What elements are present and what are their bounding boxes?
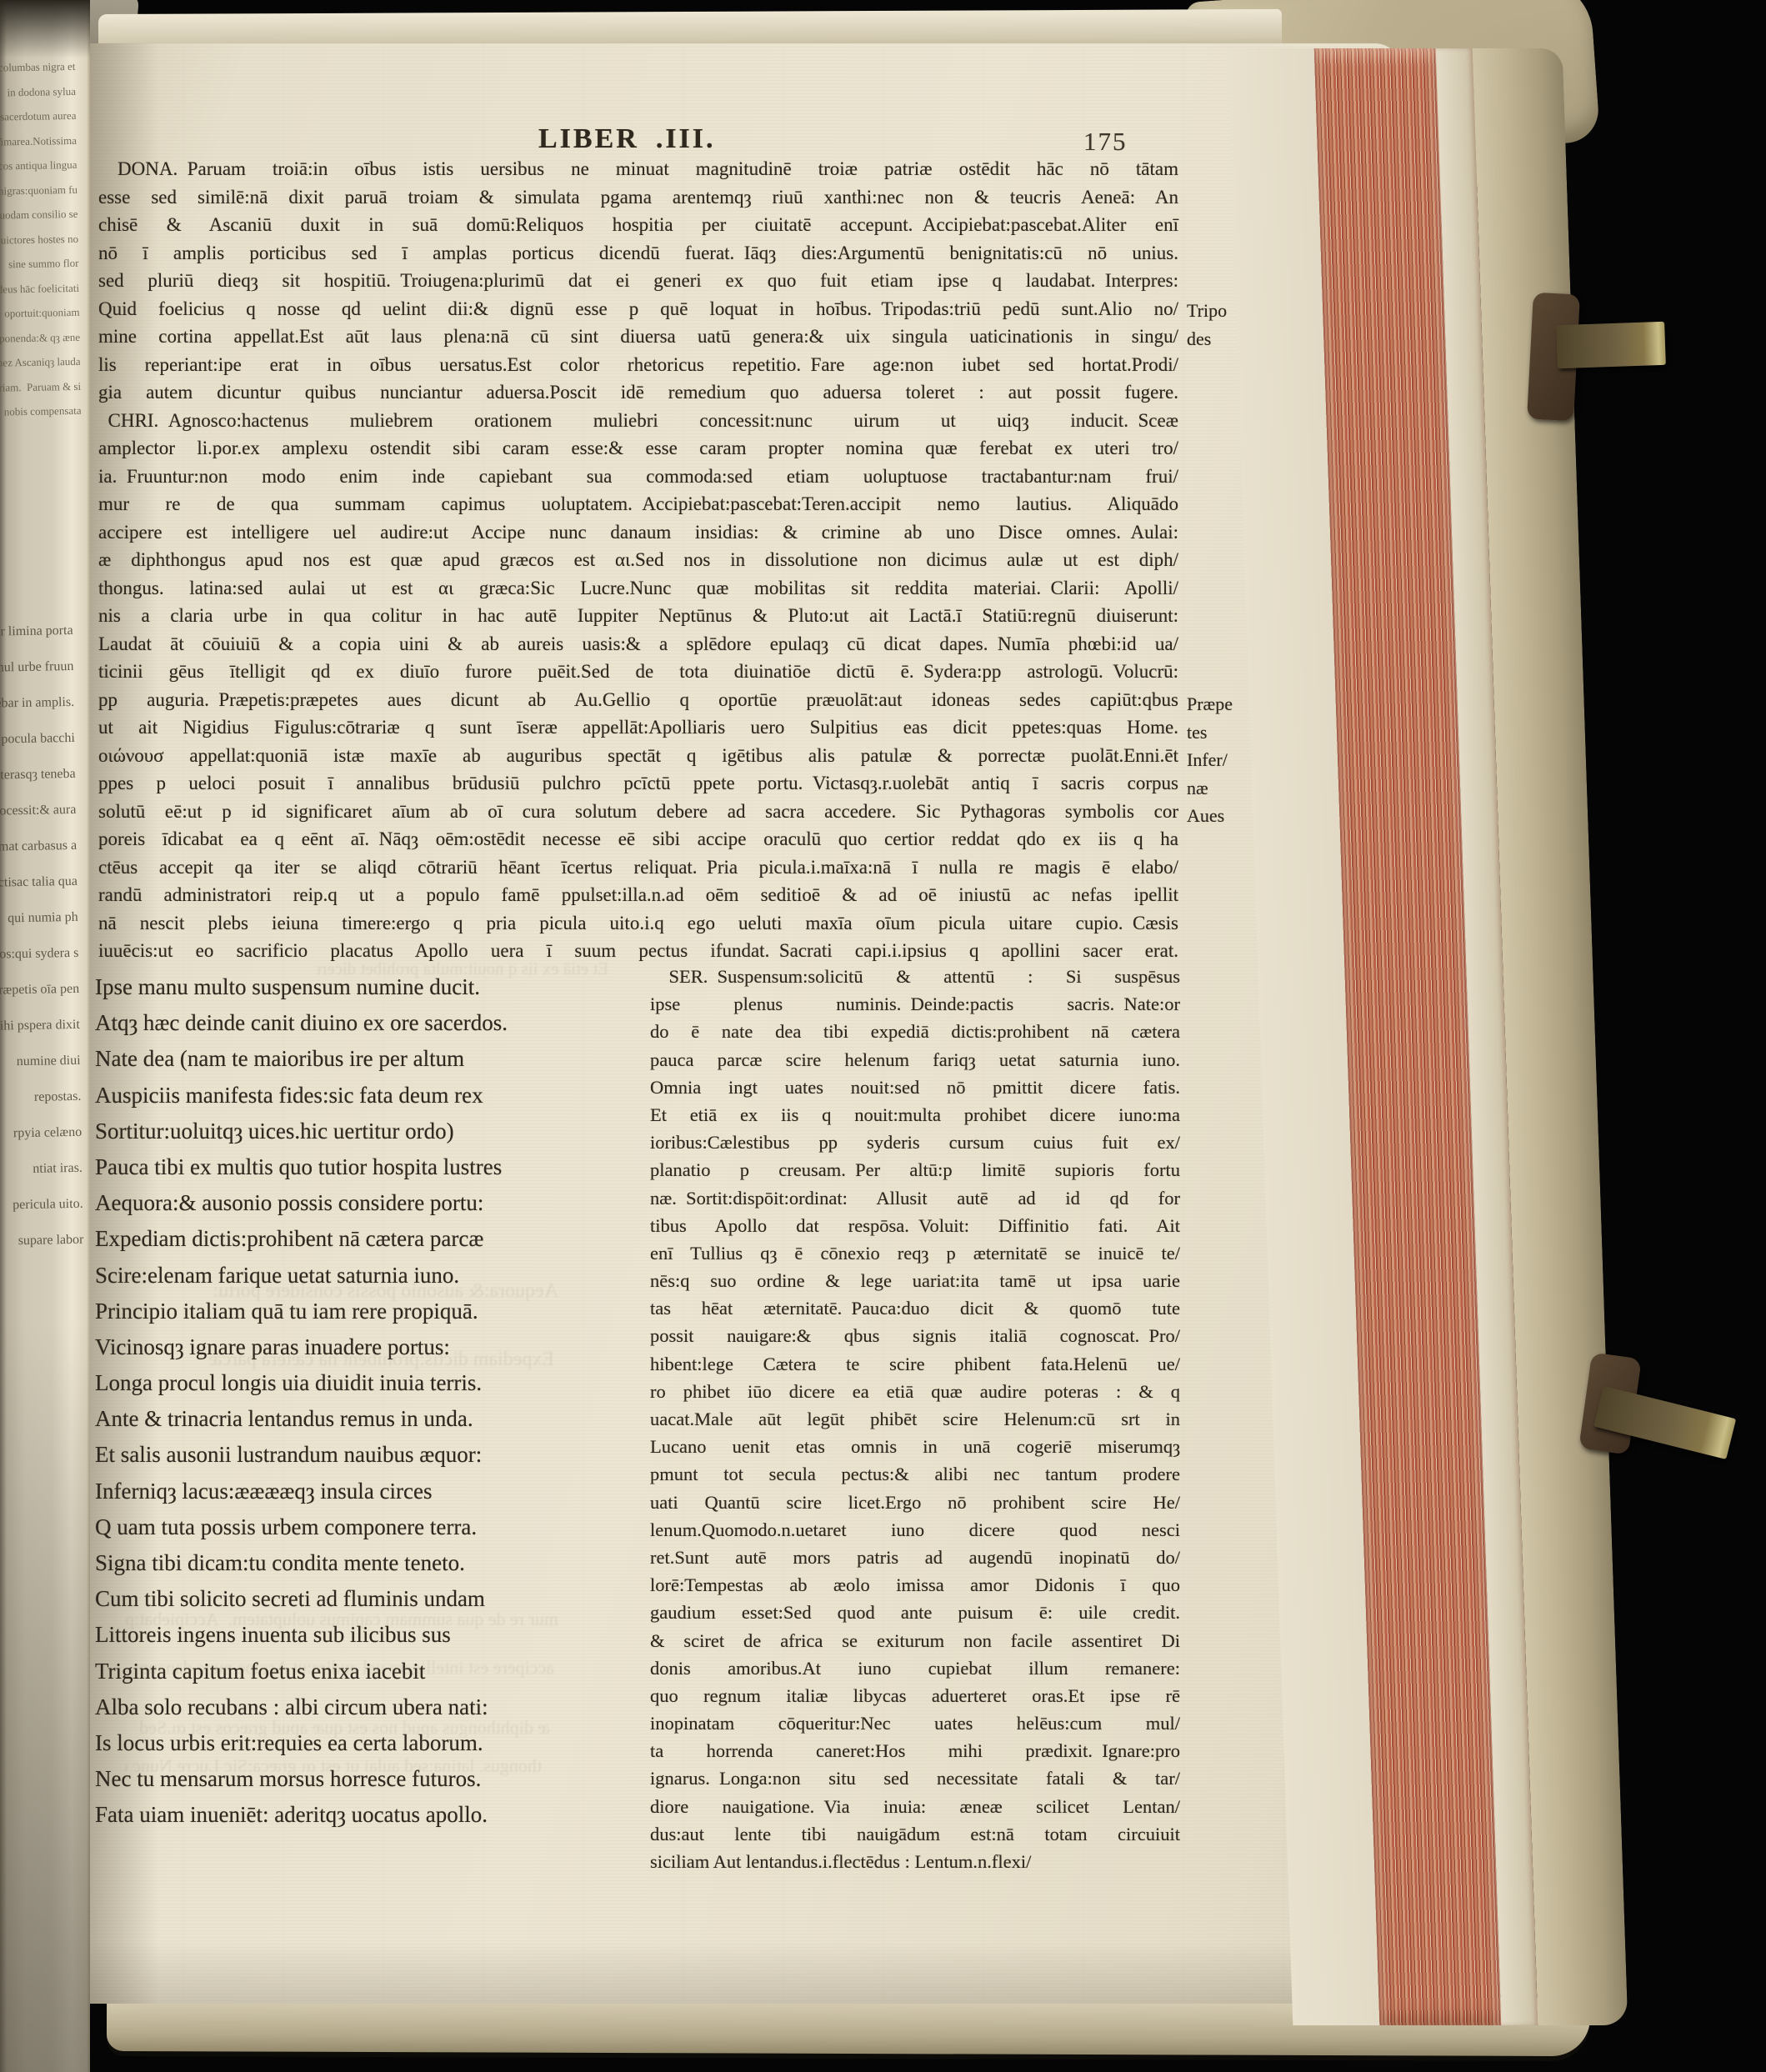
commentary-line: mur re de qua summam capimus uoluptatem.… <box>98 490 1178 518</box>
commentary-line: siciliam Aut lentandus.i.flectēdus : Len… <box>650 1848 1180 1875</box>
verse-line: Aequora:& ausonio possis considere portu… <box>95 1185 635 1221</box>
edge-fragment: repostas. <box>0 1079 82 1116</box>
commentary-line: nō ī amplis porticibus sed ī amplas port… <box>98 239 1178 268</box>
commentary-line: ret.Sunt autē mors patris ad augendū ino… <box>650 1544 1180 1571</box>
commentary-line: diore nauigatione. Via inuia: æneæ scili… <box>650 1793 1180 1820</box>
commentary-line: randū administratori reip.q ut a populo … <box>98 881 1178 909</box>
verse-line: Pauca tibi ex multis quo tutior hospita … <box>95 1149 635 1185</box>
verse-line: Fata uiam inueniēt: aderitqȝ uocatus apo… <box>95 1797 635 1833</box>
verse-line: Expediam dictis:prohibent nā cætera parc… <box>95 1221 635 1257</box>
commentary-line: ppes p ueloci posuit ī annalibus brūdusi… <box>98 769 1178 798</box>
commentary-line: næ. Sortit:dispōit:ordinat: Allusit autē… <box>650 1184 1180 1212</box>
showthrough-line: mur re de qua summam capimus uoluptatem.… <box>125 1609 558 1630</box>
edge-fragment: nigras:quoniam fu <box>0 177 78 203</box>
showthrough-line: accipere est intelligere uel audire:ut A… <box>129 1657 554 1679</box>
showthrough-line: æ diphthongus apud nos est quæ apud græc… <box>133 1717 550 1739</box>
edge-fragment: pocula bacchi <box>0 720 75 758</box>
commentary-line: gaudium esset:Sed quod ante puisum ē: ui… <box>650 1599 1180 1626</box>
edge-fragment: ipiebar in amplis. <box>0 684 74 722</box>
edge-fragment: oportuit:quoniam <box>0 300 80 327</box>
commentary-line: DONA. Paruam troiā:in oībus istis uersib… <box>98 155 1178 183</box>
commentary-right-column: SER. Suspensum:solicitū & attentū : Si s… <box>650 963 1180 1875</box>
edge-fragment: numine diui <box>0 1043 81 1080</box>
commentary-line: οιώνουσ appellat:quoniā istæ maxīe ab au… <box>98 742 1178 770</box>
edge-fragment: uictores hostes no <box>0 226 78 253</box>
verse-column: Ipse manu multo suspensum numine ducit.A… <box>95 969 635 1834</box>
facing-page-verse-fragments: lector limina portaa simul urbe fruunipi… <box>0 613 84 1259</box>
commentary-top-block: DONA. Paruam troiā:in oībus istis uersib… <box>98 155 1178 965</box>
verse-line: Auspiciis manifesta fides:sic fata deum … <box>95 1078 635 1114</box>
verse-line: Nate dea (nam te maioribus ire per altum <box>95 1041 635 1077</box>
edge-fragment: nos:qui sydera s <box>0 935 79 973</box>
commentary-line: do ē nate dea tibi expediā dictis:prohib… <box>650 1018 1180 1045</box>
commentary-line: Et etiā ex iis q nouit:multa prohibet di… <box>650 1101 1180 1129</box>
commentary-line: tas hēat æternitatē. Pauca:duo dicit & q… <box>650 1294 1180 1322</box>
commentary-line: mine cortina appellat.Est aūt laus plena… <box>98 323 1178 351</box>
showthrough-line: Aequora:& ausonio possis considere portu… <box>125 1280 558 1303</box>
edge-fragment: præpetis oīa pen <box>0 971 79 1008</box>
edge-fragment: sine summo flor <box>0 251 79 278</box>
commentary-line: nēs:q suo ordine & lege uariat:ita tamē … <box>650 1267 1180 1294</box>
verse-line: Atqȝ hæc deinde canit diuino ex ore sace… <box>95 1005 635 1041</box>
edge-fragment: riam. Paruam & si <box>0 373 81 400</box>
commentary-line: pauca parcæ scire helenum fariqȝ uetat s… <box>650 1046 1180 1074</box>
book-photograph: columbas nigra etin dodona syluasacerdot… <box>0 0 1766 2072</box>
commentary-line: ro phibet iūo dicere ea etiā quæ audire … <box>650 1378 1180 1405</box>
commentary-line: possit nauigare:& qbus signis italiā cog… <box>650 1322 1180 1349</box>
edge-fragment: mat carbasus a <box>0 828 77 865</box>
verse-line: Sortitur:uoluitqȝ uices.hic uertitur ord… <box>95 1114 635 1149</box>
commentary-line: poreis īdicabat ea q eēnt aī. Nāqȝ oēm:o… <box>98 825 1178 853</box>
commentary-line: & sciret de africa se exiturum non facil… <box>650 1627 1180 1654</box>
edge-fragment: supare labor <box>0 1222 84 1259</box>
commentary-line: Omnia ingt uates nouit:sed nō pmittit di… <box>650 1074 1180 1101</box>
commentary-line: ia. Fruuntur:non modo enim inde capieban… <box>98 463 1178 491</box>
commentary-line: quo regnum italiæ libycas aduerteret ora… <box>650 1682 1180 1709</box>
edge-fragment: ponenda:& qȝ æne <box>0 324 80 351</box>
commentary-line: ctēus accepit qa iter se aliqd cōtrariū … <box>98 853 1178 882</box>
commentary-line: æ diphthongus apud nos est quæ apud græc… <box>98 546 1178 574</box>
commentary-line: donis amoribus.At iuno cupiebat illum re… <box>650 1654 1180 1682</box>
commentary-line: chisē & Ascaniū duxit in suā domū:Reliqu… <box>98 211 1178 239</box>
commentary-line: iuuēcis:ut eo sacrificio placatus Apollo… <box>98 937 1178 965</box>
commentary-line: inopinatam cōqueritur:Nec uates helēus:c… <box>650 1709 1180 1737</box>
commentary-line: thongus. latina:sed aulai ut est αι græc… <box>98 574 1178 603</box>
page-bottom-shadow <box>83 1942 1400 2004</box>
commentary-line: enī Tullius qȝ ē cōnexio reqȝ p æternita… <box>650 1239 1180 1267</box>
edge-fragment: sacerdotum aurea <box>0 103 77 130</box>
facing-page-edge: columbas nigra etin dodona syluasacerdot… <box>0 0 90 2072</box>
commentary-line: solutū eē:ut p id significaret aīum ab o… <box>98 798 1178 826</box>
folio-number: 175 <box>1083 127 1128 157</box>
commentary-line: nā nescit plebs ieiuna timere:ergo q pri… <box>98 909 1178 938</box>
edge-fragment: qui numia ph <box>0 899 78 937</box>
commentary-line: ipse plenus numinis. Deinde:pactis sacri… <box>650 990 1180 1018</box>
commentary-line: lenum.Quomodo.n.uetaret iuno dicere quod… <box>650 1516 1180 1544</box>
edge-fragment: ctisac talia qua <box>0 863 78 901</box>
commentary-line: uacat.Male aūt legūt phibēt scire Helenu… <box>650 1405 1180 1433</box>
commentary-line: pmunt tot secula pectus:& alibi nec tant… <box>650 1460 1180 1488</box>
commentary-line: Lucano uenit etas omnis in unā cogeriē m… <box>650 1433 1180 1460</box>
edge-fragment: græcos antiqua lingua <box>0 153 78 179</box>
commentary-line: sed pluriū dieqȝ sit hospitiū. Troiugena… <box>98 267 1178 295</box>
commentary-line: accipere est intelligere uel audire:ut A… <box>98 518 1178 547</box>
edge-fragment: ntiat iras. <box>0 1150 83 1188</box>
showthrough-line: Et etiā ex iis q nouit:multa prohibet di… <box>317 958 608 979</box>
edge-fragment: lector limina porta <box>0 613 73 650</box>
commentary-line: SER. Suspensum:solicitū & attentū : Si s… <box>650 963 1180 990</box>
edge-fragment: in dodona sylua <box>0 78 76 105</box>
commentary-line: dus:aut lente tibi nauigādum est:nā tota… <box>650 1820 1180 1848</box>
edge-fragment: nez Ascaniqȝ lauda <box>0 349 81 376</box>
commentary-line: ut ait Nigidius Figulus:cōtrariæ q sunt … <box>98 713 1178 742</box>
commentary-line: nis a claria urbe in qua colitur in hac … <box>98 602 1178 630</box>
commentary-line: lis reperiant:ipe erat in oībus uersatus… <box>98 351 1178 379</box>
edge-fragment: processit:& aura <box>0 792 77 829</box>
edge-fragment: mihi pspera dixit <box>0 1007 80 1044</box>
running-title: LIBER .III. <box>538 123 716 155</box>
edge-fragment: quodam consilio se <box>0 202 78 228</box>
commentary-line: lorē:Tempestas ab æolo imissa amor Didon… <box>650 1571 1180 1599</box>
verse-line: Et salis ausonii lustrandum nauibus æquo… <box>95 1437 635 1473</box>
edge-fragment: deus hāc foelicitati <box>0 275 79 302</box>
commentary-line: amplector li.por.ex amplexu ostendit sib… <box>98 434 1178 463</box>
commentary-line: uati Quantū scire licet.Ergo nō prohiben… <box>650 1489 1180 1516</box>
commentary-line: ticinii gēus ītelligit qd ex diuīo furor… <box>98 658 1178 686</box>
commentary-line: hibent:lege Cætera te scire phibent fata… <box>650 1350 1180 1378</box>
edge-fragment: paterasqȝ teneba <box>0 756 76 793</box>
commentary-line: planatio p creusam. Per altū:p limitē su… <box>650 1156 1180 1184</box>
commentary-line: ta horrenda caneret:Hos mihi prædixit. I… <box>650 1737 1180 1764</box>
edge-fragment: a simul urbe fruun <box>0 648 74 686</box>
edge-fragment: rpyia celæno <box>0 1114 82 1152</box>
commentary-line: ignarus. Longa:non situ sed necessitate … <box>650 1764 1180 1792</box>
commentary-line: CHRI. Agnosco:hactenus muliebrem oration… <box>98 407 1178 435</box>
commentary-line: gia autem dicuntur quibus nunciantur adu… <box>98 378 1178 407</box>
verse-line: Signa tibi dicam:tu condita mente teneto… <box>95 1545 635 1581</box>
facing-page-commentary-fragments: columbas nigra etin dodona syluasacerdot… <box>0 54 82 425</box>
commentary-line: ioribus:Cælestibus pp syderis cursum cui… <box>650 1129 1180 1156</box>
commentary-line: pp auguria. Præpetis:præpetes aues dicun… <box>98 686 1178 714</box>
showthrough-line: Expediam dictis:prohibent nā cætera parc… <box>138 1349 554 1371</box>
commentary-line: esse sed similē:nā dixit paruā troiam & … <box>98 183 1178 212</box>
edge-fragment: pericula uito. <box>0 1186 83 1224</box>
commentary-line: Laudat āt cōuiuiū & a copia uini & ab au… <box>98 630 1178 658</box>
verse-line: Inferniqȝ lacus:ææææqȝ insula circes <box>95 1474 635 1509</box>
verse-line: Ante & trinacria lentandus remus in unda… <box>95 1401 635 1437</box>
commentary-line: tibus Apollo dat respōsa. Voluit: Diffin… <box>650 1212 1180 1239</box>
commentary-line: Quid foelicius q nosse qd uelint dii:& d… <box>98 295 1178 323</box>
edge-fragment: nobis compensata <box>0 398 82 425</box>
showthrough-line: thongus. latina:sed aulai ut est αι græc… <box>125 1755 542 1777</box>
verse-line: Q uam tuta possis urbem componere terra. <box>95 1509 635 1545</box>
edge-fragment: Timarea.Notissima <box>0 128 77 154</box>
